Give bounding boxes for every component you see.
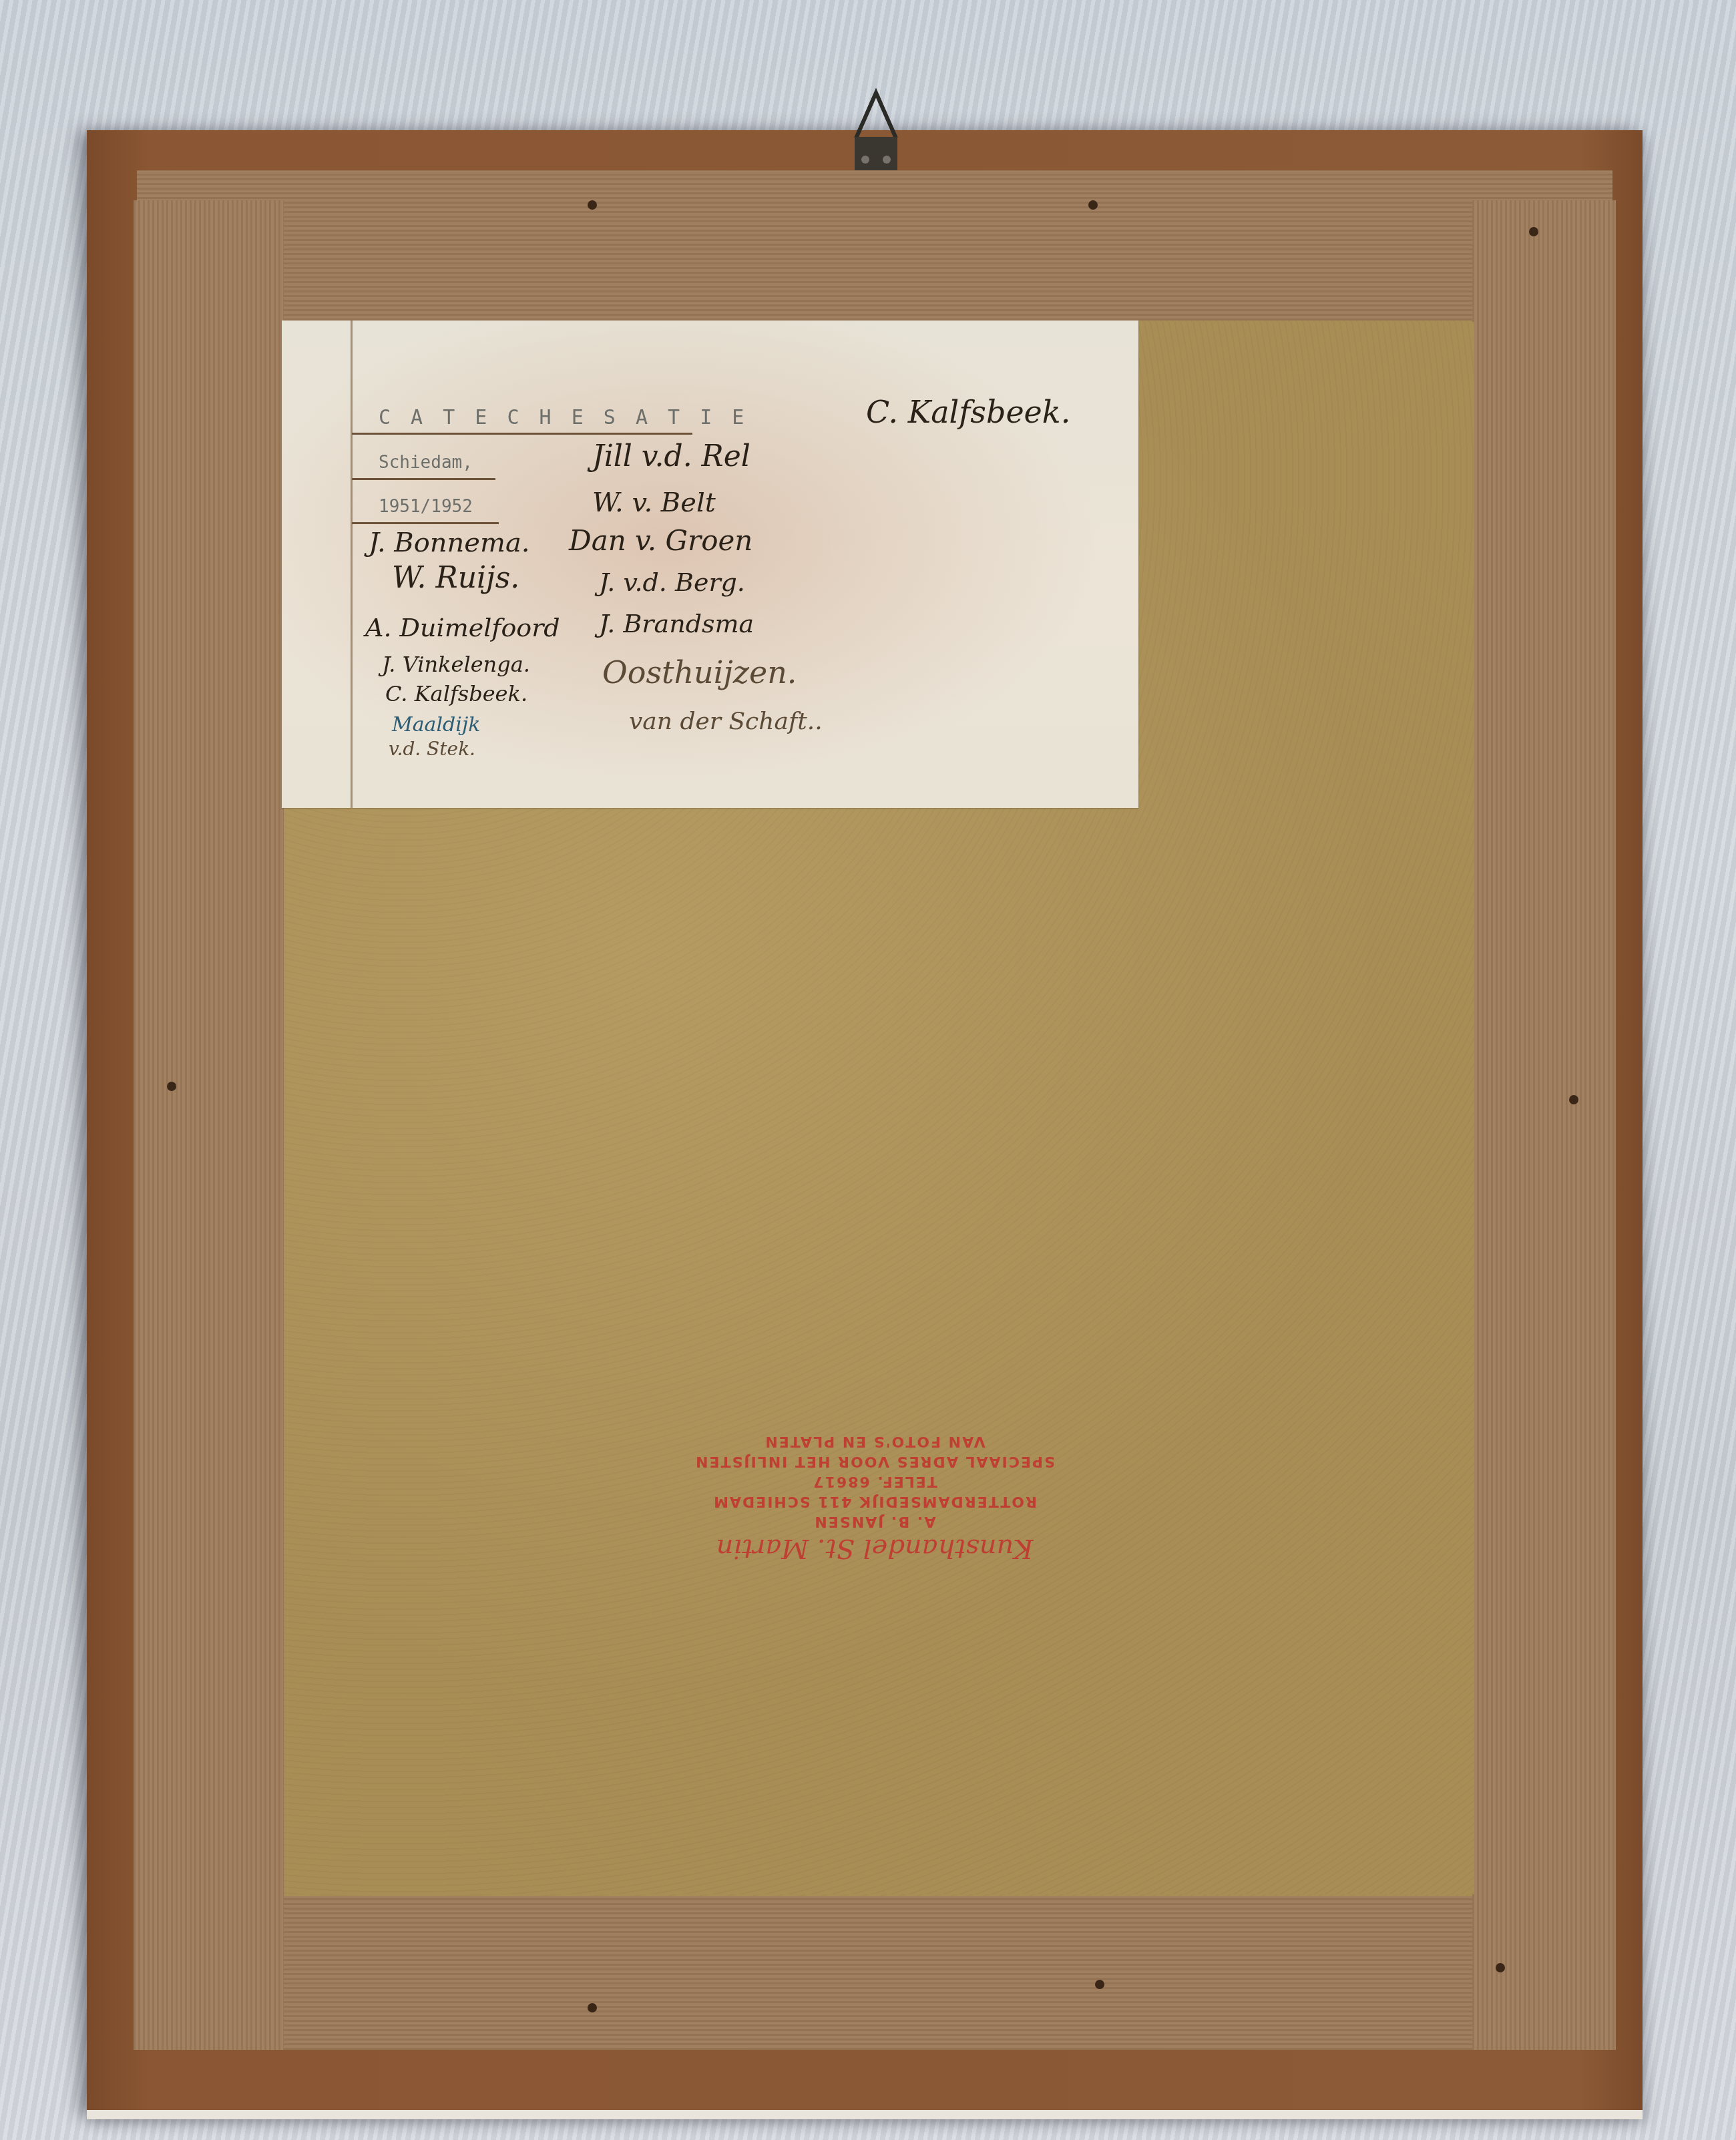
margin-line [351, 320, 353, 808]
framer-stamp: Kunsthandel St. Martin A. B. JANSEN ROTT… [668, 1406, 1082, 1566]
label-title: C A T E C H E S A T I E [379, 406, 748, 429]
kraft-tape-top [137, 170, 1612, 320]
signature: C. Kalfsbeek. [866, 394, 1070, 430]
stamp-line: TELEF. 68617 [668, 1471, 1082, 1491]
stamp-line: Kunsthandel St. Martin [668, 1531, 1082, 1566]
kraft-tape-right [1472, 200, 1616, 2050]
signature: J. Bonnema. [369, 527, 530, 558]
label-years: 1951/1952 [379, 497, 473, 517]
signature: v.d. Stek. [389, 738, 475, 760]
nail [1095, 1980, 1104, 1989]
label-place: Schiedam, [379, 453, 473, 473]
signature: W. Ruijs. [392, 561, 519, 595]
rule [352, 478, 495, 480]
stamp-line: ROTTERDAMSEDIJK 411 SCHIEDAM [668, 1491, 1082, 1511]
kraft-tape-bottom [137, 1896, 1612, 2050]
signature: W. v. Belt [592, 487, 716, 518]
nail [1529, 227, 1538, 236]
nail [1088, 200, 1098, 210]
signature: van der Schaft.. [629, 708, 823, 735]
signature: Jill v.d. Rel [592, 439, 750, 473]
stamp-line: VAN FOTO'S EN PLATEN [668, 1431, 1082, 1451]
kraft-tape-left [134, 200, 284, 2050]
stamp-line: SPECIAAL ADRES VOOR HET INLIJSTEN [668, 1451, 1082, 1471]
signature: J. Brandsma [599, 609, 754, 638]
signed-label: C A T E C H E S A T I E Schiedam, 1951/1… [282, 320, 1138, 808]
nail [1496, 1963, 1505, 1972]
nail [167, 1082, 176, 1091]
rule [352, 433, 692, 435]
signature: J. v.d. Berg. [599, 568, 745, 597]
nail [1569, 1095, 1578, 1104]
signature: A. Duimelfoord [365, 613, 560, 642]
nail [588, 2003, 597, 2012]
signature: Maaldijk [392, 713, 480, 736]
signature: J. Vinkelenga. [382, 652, 530, 677]
signature: Dan v. Groen [569, 524, 752, 557]
signature: C. Kalfsbeek. [385, 681, 527, 706]
frame-bottom-edge [87, 2110, 1643, 2119]
stamp-line: A. B. JANSEN [668, 1511, 1082, 1531]
nail [588, 200, 597, 210]
rule [352, 522, 499, 524]
triangle-hanger-icon [848, 85, 904, 175]
signature: Oosthuijzen. [602, 654, 797, 690]
